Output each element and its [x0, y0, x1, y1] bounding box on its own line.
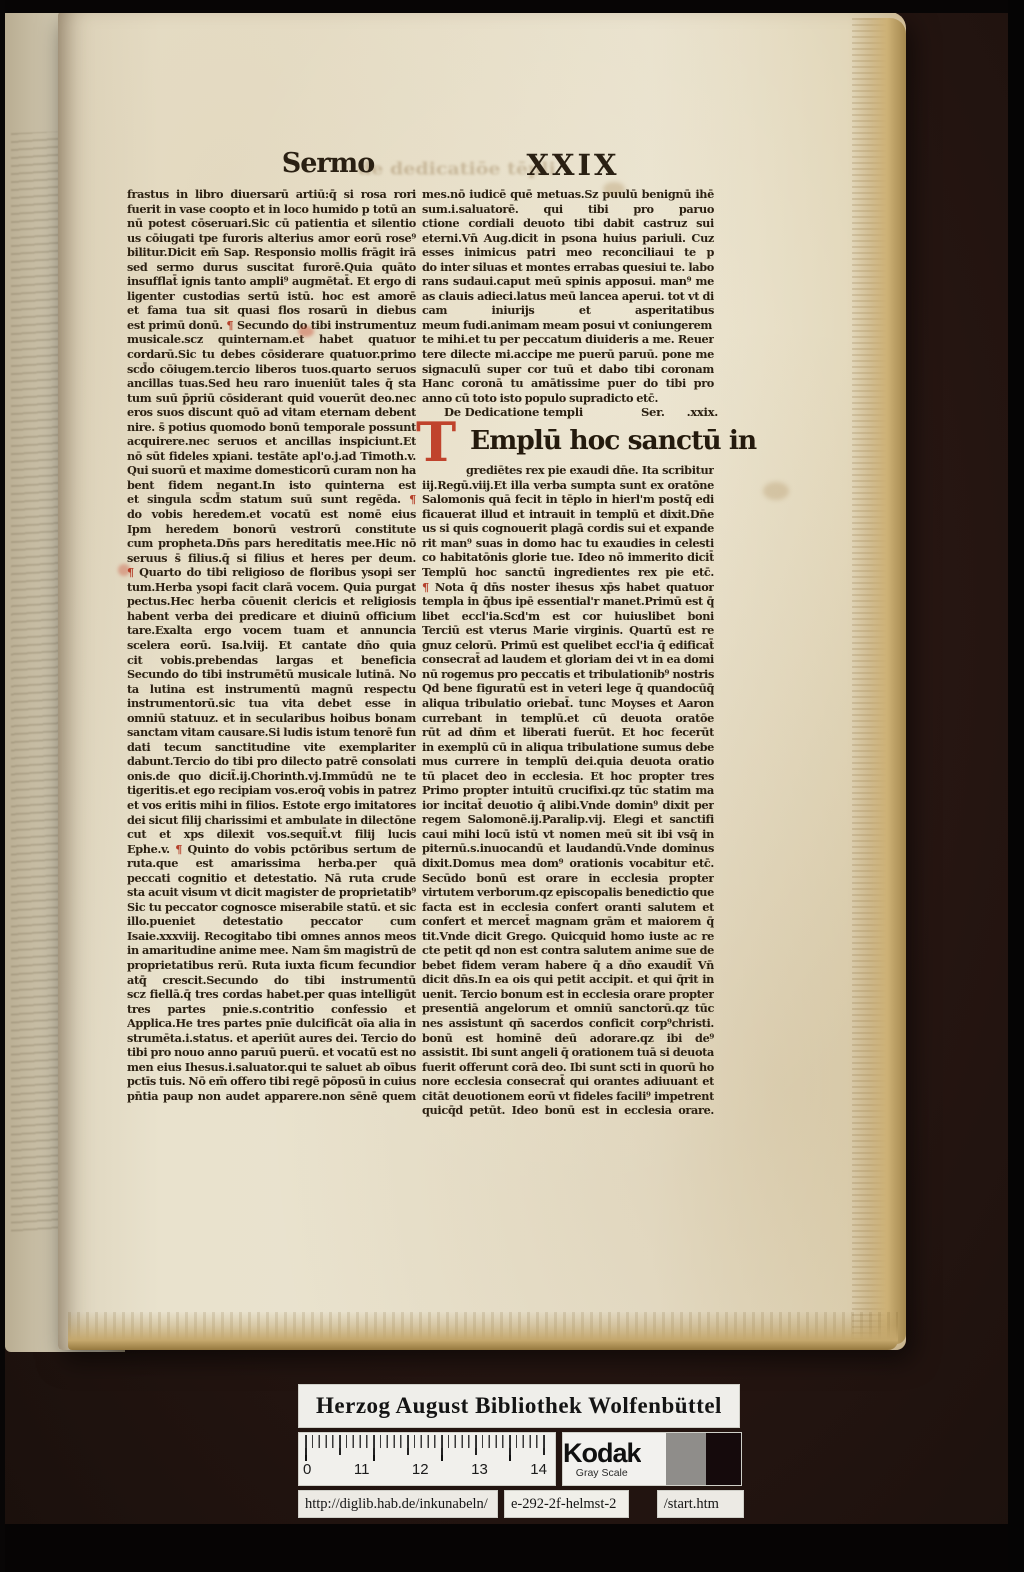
text-line: Templū hoc sanctū ingredientes rex pie e…: [422, 565, 714, 580]
text-line: piternū.s.inuocandū et laudandū.Vnde dom…: [422, 841, 714, 856]
text-line: atq̄ crescit.Secundo do tibi instrumentū…: [127, 973, 416, 988]
text-line: iij.Regū.viij.Et illa verba sumpta sunt …: [422, 478, 714, 493]
text-line: mes.nō iudicē quē metuas.Sz puulū benign…: [422, 187, 714, 202]
text-line: esses inimicus patri meo reconciliaui te…: [422, 245, 714, 260]
text-line: pctīs tuis. Nō em̄ offero tibi regē pōpo…: [127, 1074, 416, 1089]
text-line: do inter siluas et montes errabas quesiu…: [422, 260, 714, 275]
text-line: pectus.Hec herba cōuenit clericis et rel…: [127, 594, 416, 609]
institution-name: Herzog August Bibliothek Wolfenbüttel: [316, 1393, 722, 1419]
sermon-heading-series: Ser.: [641, 405, 665, 420]
text-line: habent verba dei predicare et diuinū off…: [127, 609, 416, 624]
sermon-incipit: T Emplū hoc sanctū in: [422, 421, 714, 463]
text-line: tum.Herba ysopi facit clarā vocem. Quia …: [127, 580, 416, 595]
text-line: in exemplū cū in aliqua tribulatione sum…: [422, 740, 714, 755]
text-line: ta lutina est instrumentū magnū respectu…: [127, 682, 416, 697]
text-line: et fama tua sit quasi flos rosarū in die…: [127, 303, 416, 318]
text-line: rūt ad dn̄m et liberati fuerūt. Et hoc f…: [422, 725, 714, 740]
text-line: mus currere in templū dei.quia deuota or…: [422, 754, 714, 769]
kodak-brand: Kodak: [563, 1440, 641, 1466]
text-line: dabunt.Tercio do tibi pro dilecto patrē …: [127, 754, 416, 769]
text-line: nō sūt fideles xpiani. testāte apl'o.j.a…: [127, 449, 416, 464]
text-line: bonū est hominē deū adorare.qz ibi de⁹ c…: [422, 1031, 714, 1046]
text-line: anno cū toto isto populo supradicto etc̄…: [422, 391, 714, 406]
left-text-column: frastus in libro diuersarū artiū:q̄ si r…: [127, 187, 416, 1103]
text-line: caui mihi locū istū vt nomen meū sit ibi…: [422, 827, 714, 842]
text-line: fuerit in vase coopto et in loco humido …: [127, 202, 416, 217]
text-line: tare.Exalta ergo vocem tuam et annuncia …: [127, 623, 416, 638]
text-line: Sic tu peccator cognosce miserabile stat…: [127, 900, 416, 915]
text-line: bent fidem negant.In isto quinterna est …: [127, 478, 416, 493]
text-line: templa in q̄bus ipē essential'r manet.Pr…: [422, 594, 714, 609]
running-head-folio-number: XXIX: [498, 148, 648, 182]
text-line: cordarū.Sic tu debes cōsiderare quatuor.…: [127, 347, 416, 362]
frame-edge-right: [1008, 0, 1024, 1572]
text-line: Secūdo bonū est orare in ecclesia propte…: [422, 871, 714, 886]
text-line: ¶ Nota q̄ dn̄s noster ihesus xp̄s habet …: [422, 580, 714, 595]
ruler-number: 12: [412, 1461, 429, 1478]
text-line: Ipm heredem bonorū vestrorū constitute d…: [127, 522, 416, 537]
text-line: Salomonis quā fecit in tēplo in hierl'm …: [422, 492, 714, 507]
text-line: dicit dn̄s.In ea ois qui petit accipit. …: [422, 972, 714, 987]
frame-edge-left: [0, 0, 5, 1572]
ruler-number: 14: [530, 1461, 547, 1478]
text-line: gnuz celorū. Primū est quelibet eccl'ia …: [422, 638, 714, 653]
text-line: scd̄o cōiugem.tercio liberos tuos.quarto…: [127, 362, 416, 377]
text-line: ficauerat illud et intrauit in templū et…: [422, 507, 714, 522]
text-line: nes assistunt qn̄ sacerdos conficit corp…: [422, 1016, 714, 1031]
pilcrow-rubric: ¶: [422, 580, 429, 594]
text-line: cam iniurijs et asperitatibus laceratus.…: [422, 303, 714, 318]
text-line: men eius Ihesus.i.saluator.qui te saluet…: [127, 1060, 416, 1075]
right-column-top-block: mes.nō iudicē quē metuas.Sz puulū benign…: [422, 187, 714, 405]
text-line: tres partes pnie.s.contritio confessio e…: [127, 1002, 416, 1017]
text-line: bebet fidem veram habere q̄ a dn̄o exaud…: [422, 958, 714, 973]
text-line: cut et xps dilexit vos.sequit̄.vt filij …: [127, 827, 416, 842]
text-line: ruta.que est amarissima herba.per quā in…: [127, 856, 416, 871]
text-line: Applica.He tres partes pnīe dulcificāt o…: [127, 1016, 416, 1031]
text-line: seruus s̄ filius.q̄ si filius et heres p…: [127, 551, 416, 566]
text-line: Qd bene figuratū est in veteri lege q̄ q…: [422, 681, 714, 696]
text-line: ancillas tuas.Sed heu raro inueniūt tale…: [127, 376, 416, 391]
incipit-text: Emplū hoc sanctū in: [422, 421, 714, 461]
text-line: dei sicut filij charissimi et ambulate i…: [127, 813, 416, 828]
gray-scale-label: Gray Scale: [576, 1467, 628, 1479]
text-line: tit.Vnde dicit Grego. Quicquid homo iust…: [422, 929, 714, 944]
right-text-column: mes.nō iudicē quē metuas.Sz puulū benign…: [422, 187, 714, 1118]
text-line: us si quis cognouerit plagā cordis sui e…: [422, 521, 714, 536]
text-line: rans sudaui.caput meū spinis apposui. ma…: [422, 274, 714, 289]
text-line: acquirere.nec seruos et ancillas inspici…: [127, 434, 416, 449]
text-line: Primo propter intuitū crucifixi.qz tūc s…: [422, 783, 714, 798]
text-line: nore ecclesia consecrat̄ qui orantes adi…: [422, 1074, 714, 1089]
text-line: currebant in templū.et cū deuota oratōe …: [422, 711, 714, 726]
pilcrow-rubric: ¶: [127, 565, 134, 579]
text-line: nire. s̄ potius quomodo bonū temporale p…: [127, 420, 416, 435]
text-line: assistit. Ibi sunt angeli q̄ orationem t…: [422, 1045, 714, 1060]
ruler-numbers: 011121314: [303, 1461, 547, 1478]
shelfmark-strip: e-292-2f-helmst-2: [504, 1490, 629, 1518]
text-line: dati tecum sanctitudine vite exemplarite…: [127, 740, 416, 755]
text-line: aliqua tribulatio oriebat̄. tunc Moyses …: [422, 696, 714, 711]
text-line: virtutem verborum.qz episcopalis benedic…: [422, 885, 714, 900]
text-line: ¶ Quarto do tibi religioso de floribus y…: [127, 565, 416, 580]
book-page: de dedicatiōe tēpli Sermo XXIX frastus i…: [58, 12, 906, 1350]
text-line: consecrat̄ ad laudem et gloriam dei vt i…: [422, 652, 714, 667]
text-line: co habitatōnis glorie tue. Ideo nō immer…: [422, 550, 714, 565]
text-line: tū placet deo in ecclesia. Et hoc propte…: [422, 769, 714, 784]
url-prefix: http://diglib.hab.de/inkunabeln/: [305, 1496, 488, 1513]
text-line: sta acuit visum vt dicit magister de pro…: [127, 885, 416, 900]
text-line: as clauis adieci.latus meū lancea aperui…: [422, 289, 714, 304]
text-line: cte petit qd non est contra salutem anim…: [422, 943, 714, 958]
text-line: meum fudi.animam meam posui vt coniunger…: [422, 318, 714, 333]
text-line: do vobis heredem.et vocatū est nomē eius…: [127, 507, 416, 522]
ruler-number: 0: [303, 1461, 311, 1478]
running-head-sermo: Sermo: [258, 148, 398, 179]
text-line: omniū statuuz. et in secularibus hoibus …: [127, 711, 416, 726]
text-line: Terciū est vterus Marie virginis. Quartū…: [422, 623, 714, 638]
text-line: scz fiellā.q̄ tres cordas habet.per quas…: [127, 987, 416, 1002]
text-line: nū potest cōseruari.Sic cū patientia et …: [127, 216, 416, 231]
text-line: Secundo do tibi instrumētū musicale luti…: [127, 667, 416, 682]
text-line: quicq̄d petūt. Ideo bonū est in ecclesia…: [422, 1103, 714, 1118]
gray-scale-patch-gray: [666, 1433, 706, 1485]
text-line: frastus in libro diuersarū artiū:q̄ si r…: [127, 187, 416, 202]
text-line: est primū donū. ¶ Secundo do tibi instru…: [127, 318, 416, 333]
text-line: instrumentorū.sic tua vita debet esse in…: [127, 696, 416, 711]
text-line: presentiā angelorum et omniū sanctorū.qz…: [422, 1001, 714, 1016]
text-line: Hanc coronā tu amātissime puer do tibi p…: [422, 376, 714, 391]
sermon-heading-title: De Dedicatione templi: [444, 405, 583, 420]
text-line: dixit.Domus mea dom⁹ orationis vocabitur…: [422, 856, 714, 871]
text-line: te mihi.et tu per peccatum diuideris a m…: [422, 332, 714, 347]
sermon-heading: De Dedicatione templi Ser. .xxix.: [422, 405, 714, 420]
text-line: nū rogemus pro peccatis et tribulationib…: [422, 667, 714, 682]
text-line: musicale.scz quinternam.et habet quatuor…: [127, 332, 416, 347]
text-line: et singula scd̄m statum suū sunt regēda.…: [127, 492, 416, 507]
url-suffix-strip: /start.htm: [657, 1490, 744, 1518]
text-line: bilitur.Dicit em̄ Sap. Responsio mollis …: [127, 245, 416, 260]
age-stain: [763, 482, 789, 500]
text-line: sed sermo durus suscitat furorē.Quia quā…: [127, 260, 416, 275]
text-line: facta est in ecclesia confert oranti sal…: [422, 900, 714, 915]
pilcrow-rubric: ¶: [409, 492, 416, 506]
text-line: scelera eorū. Isa.lviij. Et cantate dn̄o…: [127, 638, 416, 653]
url-prefix-strip: http://diglib.hab.de/inkunabeln/: [298, 1490, 498, 1518]
fore-edge-right: [852, 18, 906, 1344]
text-line: Isaie.xxxviij. Recogitabo tibi omnes ann…: [127, 929, 416, 944]
text-line: uenit. Tercio bonum est in ecclesia orar…: [422, 987, 714, 1002]
text-line: sum.i.saluatorē. qui tibi pro paruo obse…: [422, 202, 714, 217]
rubricated-initial: T: [416, 417, 456, 467]
text-line: rit man⁹ suas in domo hac tu exaudies in…: [422, 536, 714, 551]
text-line: eros suos discunt quō ad vitam eternam d…: [127, 405, 416, 420]
pilcrow-rubric: ¶: [226, 318, 233, 332]
fore-edge-bottom: [68, 1312, 898, 1350]
text-line: ior incitat̄ deuotio q̄ alibi.Vnde domin…: [422, 798, 714, 813]
text-line: tere dilecte mi.accipe me puerū paruū. p…: [422, 347, 714, 362]
ruler-number: 11: [354, 1461, 370, 1478]
text-line: peccati cognitio et detestatio. Nā ruta …: [127, 871, 416, 886]
text-line: citāt deuotionem eorū vt fideles facili⁹…: [422, 1089, 714, 1104]
text-line: libet eccl'ia.Scd'm est cor huiuslibet b…: [422, 609, 714, 624]
text-line: sanctam vitam causare.Si ludis istum ten…: [127, 725, 416, 740]
frame-edge-bottom: [0, 1524, 1024, 1572]
ruler-ticks: [305, 1435, 545, 1461]
text-line: onis.de quo dicit̄.ij.Chorinth.vj.Immūdū…: [127, 769, 416, 784]
text-line: illo.pueniet detestatio peccator cum ama…: [127, 914, 416, 929]
text-line: Qui suorū et maxime domesticorū curam no…: [127, 463, 416, 478]
text-line: signaculū super cor tuū et dabo tibi cor…: [422, 362, 714, 377]
text-line: proprietatibus rerū. Ruta iuxta ficum fe…: [127, 958, 416, 973]
text-line: et vos eritis mihi in filios. Estote erg…: [127, 798, 416, 813]
text-line: ctione cordiali deuoto tibi dabit castru…: [422, 216, 714, 231]
kodak-gray-scale-card: Kodak Gray Scale: [562, 1432, 742, 1486]
text-line: eterni.Vn̄ Aug.dicit in psona huius pari…: [422, 231, 714, 246]
text-line: regem Salomonē.ij.Paralip.vij. Elegi et …: [422, 812, 714, 827]
text-line: cit vobis.prebendas largas et beneficia …: [127, 653, 416, 668]
text-line: grediētes rex pie exaudi dn̄e. Ita scrib…: [422, 463, 714, 478]
sermon-heading-number: .xxix.: [687, 405, 718, 420]
text-line: insufflat̄ ignis tanto ampli⁹ augmētat̄.…: [127, 274, 416, 289]
institution-label: Herzog August Bibliothek Wolfenbüttel: [298, 1384, 740, 1428]
text-line: tibi pro nouo anno paruū puerū. et vocat…: [127, 1045, 416, 1060]
text-line: confert et mercet̄ magnam grām et maiore…: [422, 914, 714, 929]
frame-edge-top: [0, 0, 1024, 13]
kodak-textbox: Kodak Gray Scale: [563, 1433, 641, 1485]
gray-scale-patch-white: [641, 1433, 667, 1485]
ruler-card: 011121314: [298, 1432, 556, 1486]
ruler-number: 13: [471, 1461, 488, 1478]
text-line: in amaritudine anime mee. Nam s̄m magist…: [127, 943, 416, 958]
text-line: strumēta.i.status. et aperiūt aures dei.…: [127, 1031, 416, 1046]
text-line: fuerit offerunt corā deo. Ibi sunt scti …: [422, 1060, 714, 1075]
library-label-panel: Herzog August Bibliothek Wolfenbüttel 01…: [298, 1384, 744, 1518]
text-line: tigeritis.et ego recipiam vos.eroq̄ vobi…: [127, 783, 416, 798]
text-line: Ephe.v. ¶ Quinto do vobis pctōribus sert…: [127, 842, 416, 857]
right-column-body-block: grediētes rex pie exaudi dn̄e. Ita scrib…: [422, 463, 714, 1118]
shelfmark: e-292-2f-helmst-2: [511, 1496, 617, 1513]
text-line: pn̄tia paup non audet apparere.non sēnē …: [127, 1089, 416, 1104]
pilcrow-rubric: ¶: [175, 842, 182, 856]
text-line: cum propheta.Dn̄s pars hereditatis mee.H…: [127, 536, 416, 551]
gray-scale-patch-dark: [706, 1433, 741, 1485]
text-line: tum suū p̄priū cōsiderant quid vouerūt d…: [127, 391, 416, 406]
url-suffix: /start.htm: [664, 1496, 719, 1513]
text-line: us cōiugati tpe furoris alterius amor eo…: [127, 231, 416, 246]
text-line: ligenter custodias sertū istū. hoc est a…: [127, 289, 416, 304]
